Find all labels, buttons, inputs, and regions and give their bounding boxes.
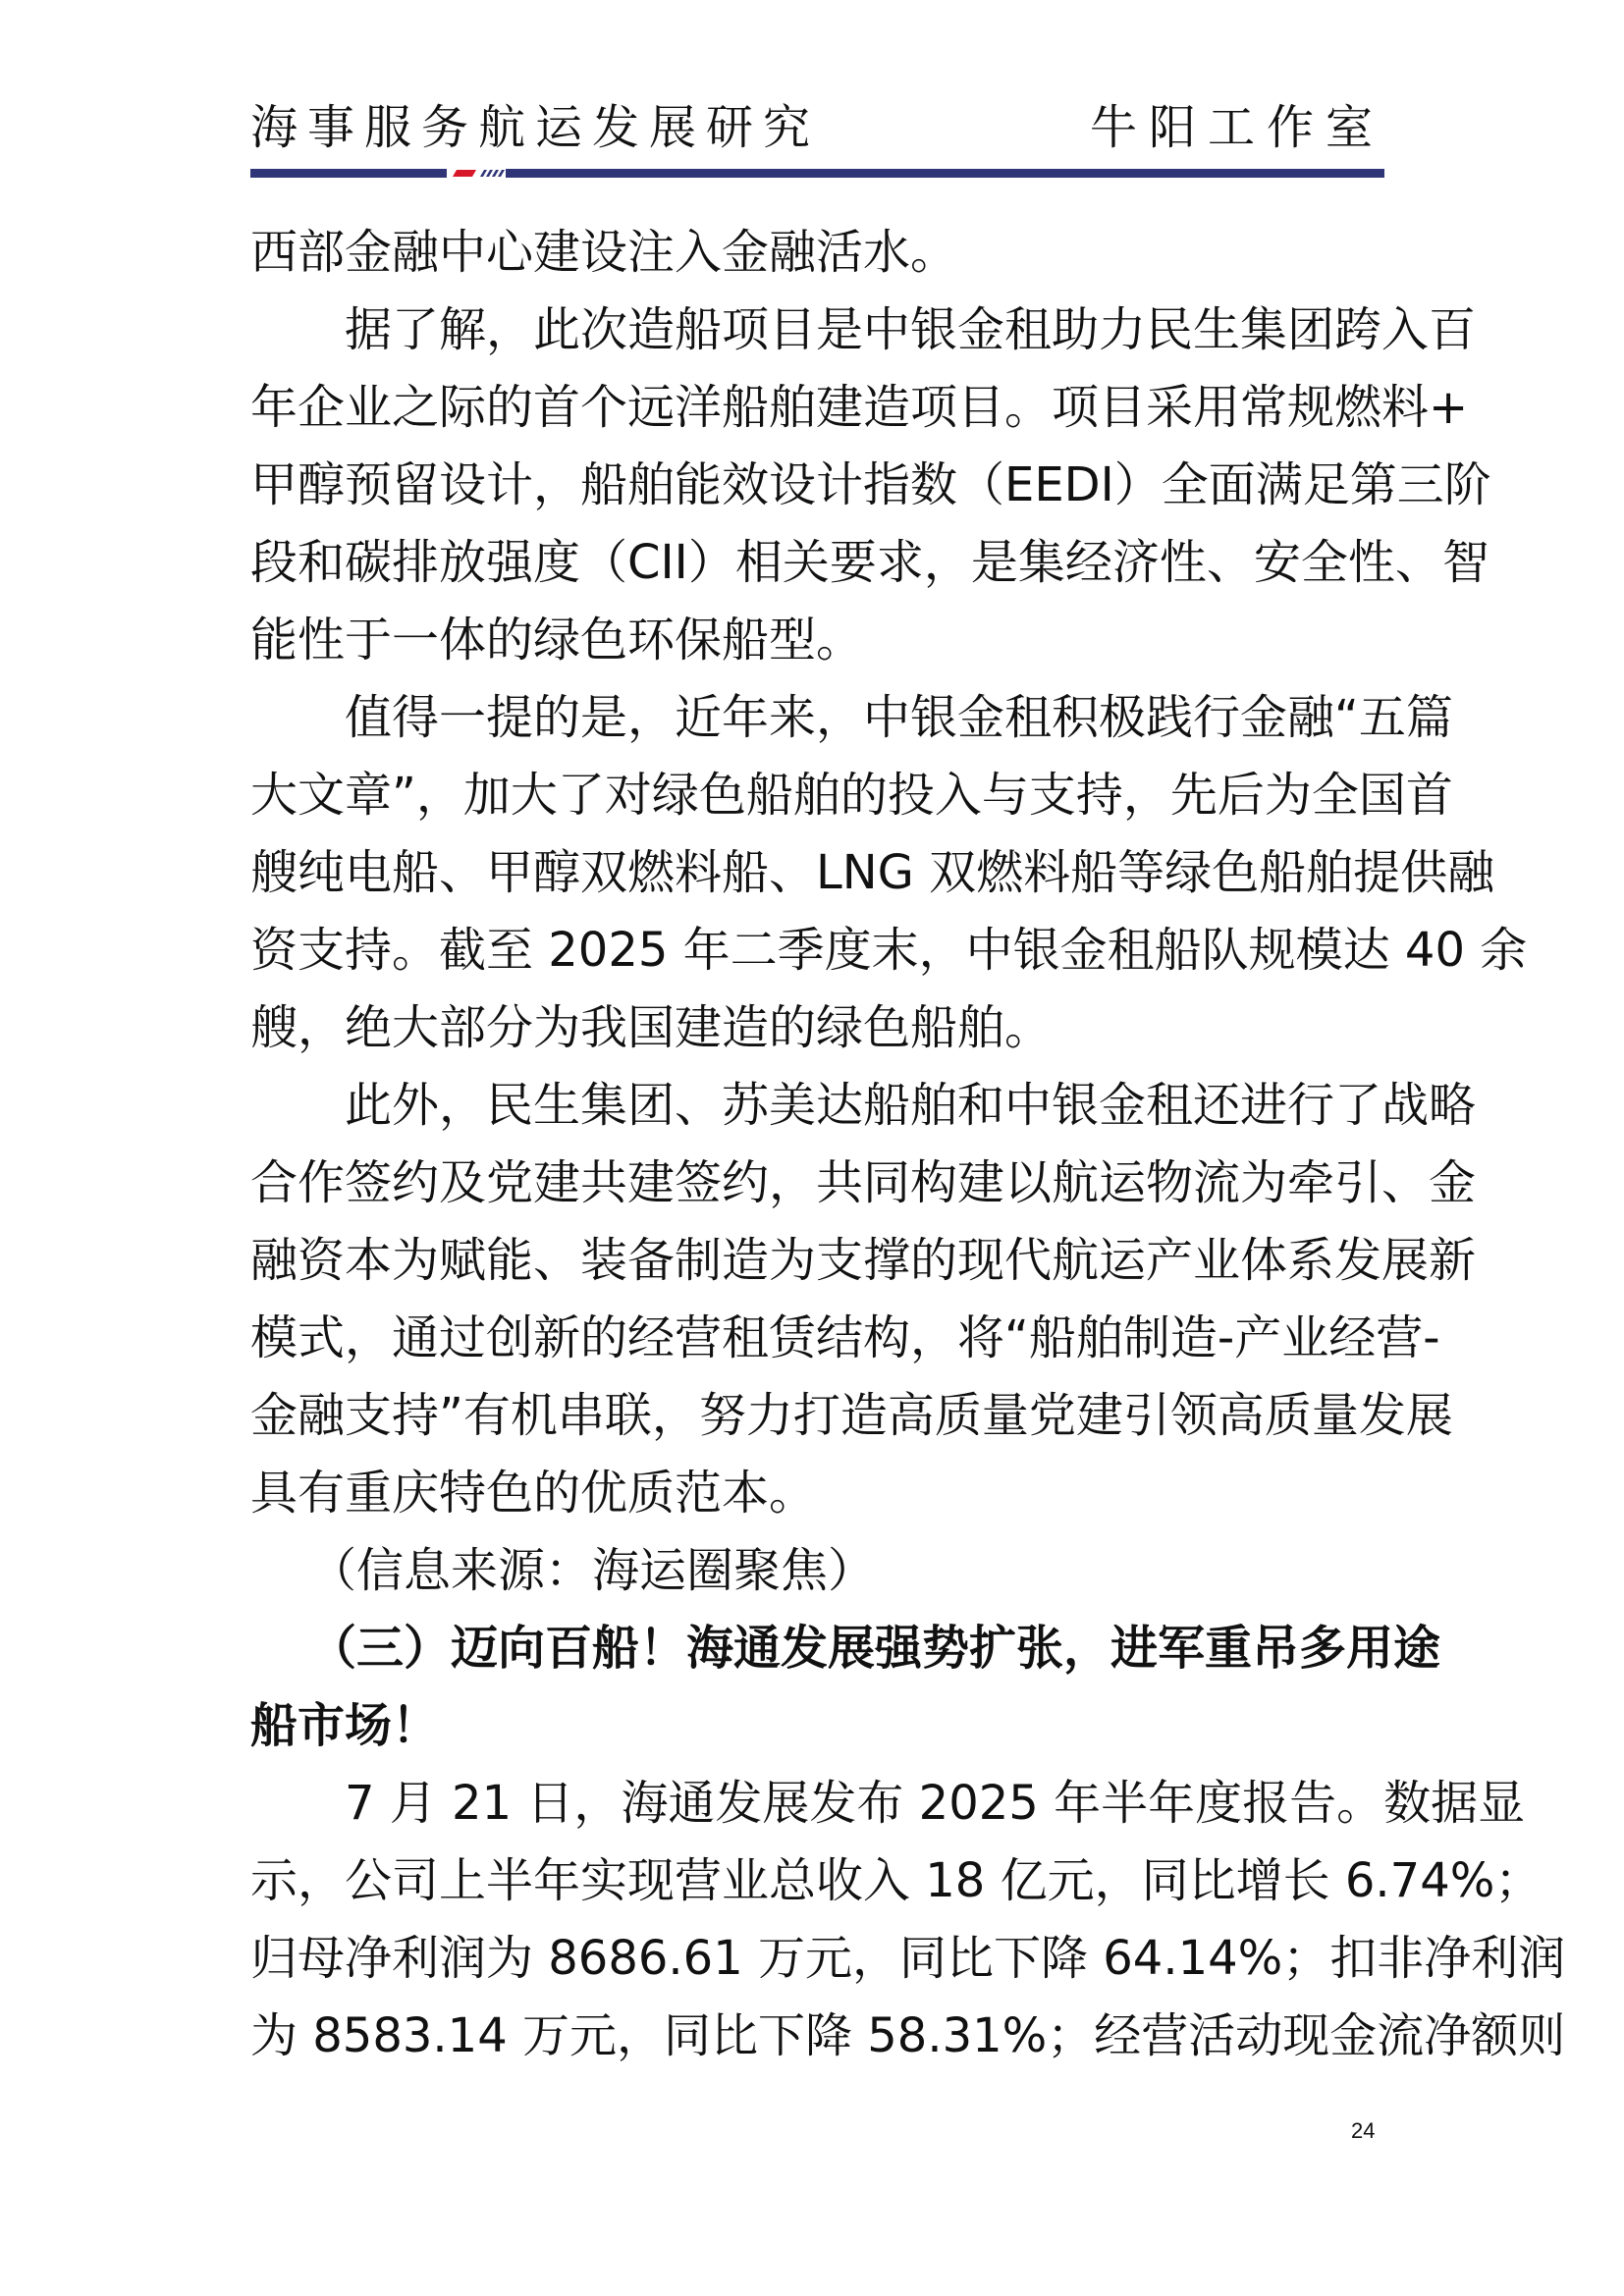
blue-accent-stripe	[498, 170, 505, 177]
paragraph-line: 西部金融中心建设注入金融活水。	[250, 214, 1384, 292]
paragraph-line: 为 8583.14 万元，同比下降 58.31%；经营活动现金流净额则	[250, 1998, 1384, 2075]
paragraph-line: 艘纯电船、甲醇双燃料船、LNG 双燃料船等绿色船舶提供融	[250, 834, 1384, 912]
paragraph-line: 甲醇预留设计，船舶能效设计指数（EEDI）全面满足第三阶	[250, 447, 1384, 524]
paragraph-line: 年企业之际的首个远洋船舶建造项目。项目采用常规燃料+	[250, 369, 1384, 447]
source-note: （信息来源：海运圈聚焦）	[250, 1532, 1384, 1610]
header-studio-name: 牛阳工作室	[1090, 93, 1384, 162]
header-title: 海事服务航运发展研究	[250, 93, 820, 162]
paragraph-line: 具有重庆特色的优质范本。	[250, 1455, 1384, 1532]
paragraph-line: 值得一提的是，近年来，中银金租积极践行金融“五篇	[250, 679, 1384, 757]
paragraph-line: 段和碳排放强度（CII）相关要求，是集经济性、安全性、智	[250, 524, 1384, 602]
paragraph-line: 融资本为赋能、装备制造为支撑的现代航运产业体系发展新	[250, 1222, 1384, 1300]
paragraph-line: 合作签约及党建共建签约，共同构建以航运物流为牵引、金	[250, 1145, 1384, 1222]
paragraph-line: 示，公司上半年实现营业总收入 18 亿元，同比增长 6.74%；	[250, 1842, 1384, 1920]
section-heading: 船市场！	[250, 1687, 1384, 1765]
paragraph-line: 能性于一体的绿色环保船型。	[250, 602, 1384, 679]
header-divider	[250, 169, 1384, 178]
section-heading: （三）迈向百船！海通发展强势扩张，进军重吊多用途	[250, 1610, 1384, 1687]
page-header: 海事服务航运发展研究 牛阳工作室	[250, 93, 1384, 162]
paragraph-line: 资支持。截至 2025 年二季度末，中银金租船队规模达 40 余	[250, 912, 1384, 989]
page-number: 24	[1351, 2118, 1375, 2144]
paragraph-line: 金融支持”有机串联，努力打造高质量党建引领高质量发展	[250, 1377, 1384, 1455]
paragraph-line: 大文章”，加大了对绿色船舶的投入与支持，先后为全国首	[250, 757, 1384, 834]
header-divider-accent	[447, 169, 506, 178]
paragraph-line: 7 月 21 日，海通发展发布 2025 年半年度报告。数据显	[250, 1765, 1384, 1842]
paragraph-line: 艘，绝大部分为我国建造的绿色船舶。	[250, 989, 1384, 1067]
document-body: 西部金融中心建设注入金融活水。 据了解，此次造船项目是中银金租助力民生集团跨入百…	[250, 214, 1384, 2075]
paragraph-line: 归母净利润为 8686.61 万元，同比下降 64.14%；扣非净利润	[250, 1920, 1384, 1998]
paragraph-line: 此外，民生集团、苏美达船舶和中银金租还进行了战略	[250, 1067, 1384, 1145]
paragraph-line: 据了解，此次造船项目是中银金租助力民生集团跨入百	[250, 292, 1384, 369]
paragraph-line: 模式，通过创新的经营租赁结构，将“船舶制造-产业经营-	[250, 1300, 1384, 1377]
red-accent-stripe	[453, 170, 476, 177]
